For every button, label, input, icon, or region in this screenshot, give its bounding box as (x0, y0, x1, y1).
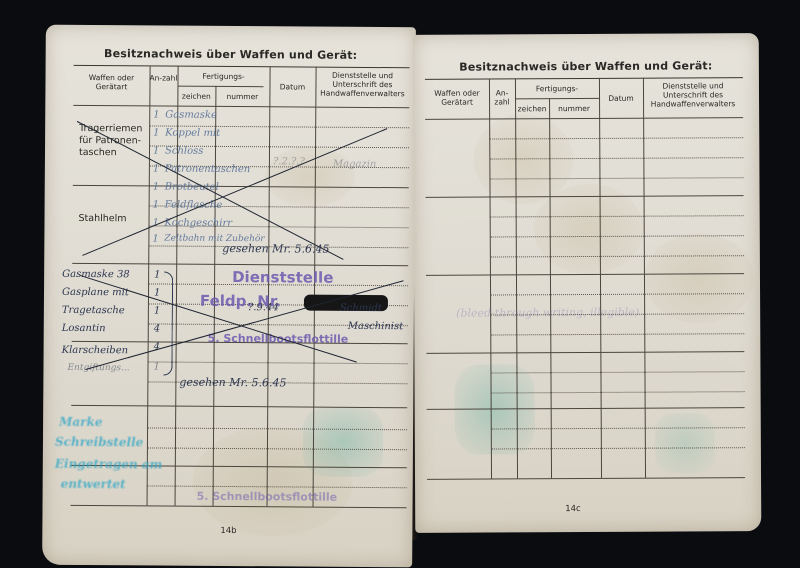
stamp-flotilla: 5. Schnellbootsflottille (208, 332, 349, 346)
page-title: Besitznachweis über Waffen und Gerät: (46, 47, 416, 63)
handwritten-item: Schloss (165, 146, 203, 157)
signature: Magazin (333, 159, 377, 170)
handwritten-item: Gasplane mit (62, 287, 129, 298)
equipment-table: Waffen oder Gerätart An-zahl Fertigungs-… (74, 65, 410, 67)
header-number: nummer (549, 104, 599, 113)
header-count: An-zahl (149, 73, 177, 82)
header-office-signature: Dienststelle und Unterschrift des Handwa… (643, 81, 743, 109)
cyan-handwriting: entwertet (61, 477, 126, 491)
header-weapon-type: Waffen oder Gerätart (425, 89, 489, 107)
header-date: Datum (599, 94, 643, 103)
count: 1 (153, 163, 159, 174)
water-stain (265, 146, 355, 207)
cyan-handwriting: Eingetragen am (55, 457, 163, 472)
count: 1 (154, 287, 160, 298)
count: 1 (153, 145, 159, 156)
signature-title: Maschinist (348, 321, 403, 332)
count: 1 (153, 109, 159, 120)
header-number: nummer (215, 92, 269, 101)
row-label-steel-helmet: Stahlhelm (78, 213, 126, 225)
handwritten-item: Tragetasche (62, 305, 125, 316)
header-office-signature: Dienststelle und Unterschrift des Handwa… (315, 71, 409, 99)
stamp-office: Dienststelle (232, 268, 333, 287)
count: 1 (154, 269, 160, 280)
page-number: 14c (565, 504, 581, 514)
ink-stain (655, 413, 715, 473)
handwritten-item: Klarscheiben (62, 345, 129, 356)
count: 4 (154, 341, 160, 352)
header-weapon-type: Waffen oder Gerätart (73, 73, 149, 92)
handwritten-item: Losantin (62, 323, 106, 334)
date: ?.9.44 (248, 302, 279, 313)
handwritten-item: Gasmaske (165, 110, 217, 121)
signature: Schmidt (340, 303, 382, 314)
handwritten-item: Kochgeschirr (164, 218, 232, 229)
count: 1 (153, 181, 159, 192)
bleed-through-text: (bleed-through writing, illegible) (456, 306, 639, 320)
count: 1 (153, 361, 159, 372)
right-page: Besitznachweis über Waffen und Gerät: Wa… (413, 33, 762, 533)
stamp-flotilla-faded: 5. Schnellbootsflottille (197, 490, 338, 504)
bracket (163, 272, 173, 376)
handwritten-item: Gasmaske 38 (62, 269, 130, 280)
page-number: 14b (220, 526, 236, 536)
header-manufacture: Fertigungs- (178, 72, 270, 82)
handwritten-item: Koppel mit (165, 128, 220, 139)
page-title: Besitznachweis über Waffen und Gerät: (413, 59, 759, 74)
header-manufacture: Fertigungs- (515, 84, 599, 93)
date: ?.2.?.? (273, 156, 305, 167)
count: 1 (153, 199, 159, 210)
count: 4 (154, 323, 160, 334)
header-mark: zeichen (177, 92, 215, 101)
cyan-handwriting: Marke (59, 415, 102, 429)
count: 1 (154, 305, 160, 316)
header-mark: zeichen (515, 104, 549, 113)
left-page: Besitznachweis über Waffen und Gerät: Wa… (42, 25, 416, 568)
return-note: gesehen Mr. 5.6.45 (179, 376, 286, 390)
header-date: Datum (269, 82, 315, 91)
water-stain (644, 233, 754, 324)
count: 1 (153, 127, 159, 138)
count: 1 (152, 233, 158, 244)
equipment-table: Waffen oder Gerätart An-zahl Fertigungs-… (425, 77, 743, 79)
header-count: An-zahl (489, 88, 515, 106)
cyan-handwriting: Schreibstelle (55, 435, 143, 450)
